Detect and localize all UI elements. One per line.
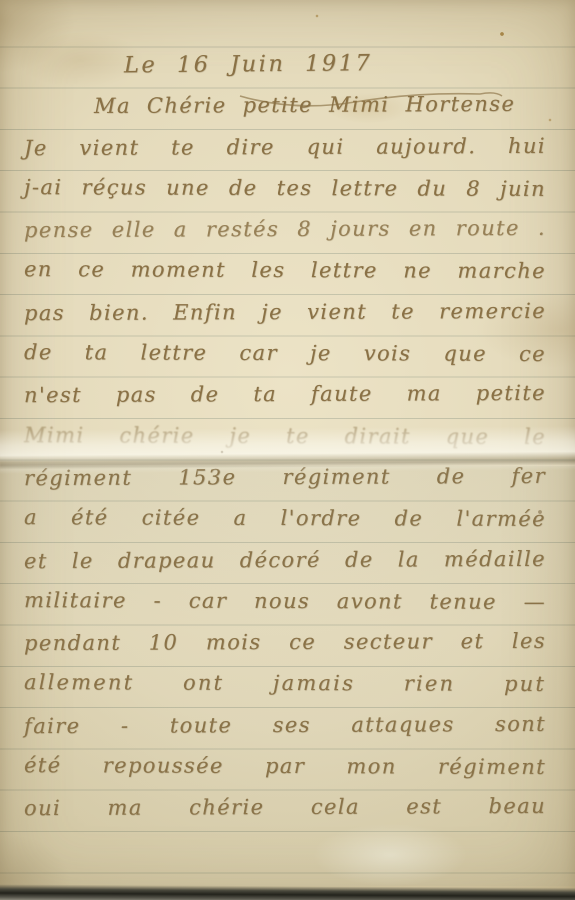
letter-line: allement ont jamais rien put [24,663,546,706]
letter-line: n'est pas de ta faute ma petite [24,373,546,417]
letter-body: Je vient te dire qui aujourd. huij-ai ré… [24,127,546,829]
letter-date: Le 16 Juin 1917 [24,42,546,88]
letter-line: Mimi chérie je te dirait que le [24,415,546,458]
letter-line: j-ai réçus une de tes lettre du 8 juin [24,167,546,210]
letter-line: et le drapeau décoré de la médaille [24,538,546,582]
letter-line: pense elle a restés 8 jours en route . [24,208,546,252]
letter-line: pendant 10 mois ce secteur et les [24,621,546,665]
letter-line: régiment 153e régiment de fer [24,456,546,500]
letter-line: oui ma chérie cela est beau [24,786,546,830]
letter-line: militaire - car nous avont tenue — [24,580,546,623]
letter-line: été repoussée par mon régiment [24,745,546,788]
letter-line: a été citée a l'ordre de l'armée [24,497,546,540]
letter-line: en ce moment les lettre ne marche [24,250,546,293]
scanner-bottom-edge [0,884,575,900]
letter-salutation: Ma Chérie petite Mimi Hortense [24,84,546,128]
letter-line: pas bien. Enfin je vient te remercie [24,291,546,335]
handwritten-letter-text: Le 16 Juin 1917 Ma Chérie petite Mimi Ho… [24,44,546,829]
letter-line: de ta lettre car je vois que ce [24,332,546,375]
letter-line: faire - toute ses attaques sont [24,704,546,748]
letter-line: Je vient te dire qui aujourd. hui [24,125,546,169]
scanned-letter-page: Le 16 Juin 1917 Ma Chérie petite Mimi Ho… [0,0,575,900]
